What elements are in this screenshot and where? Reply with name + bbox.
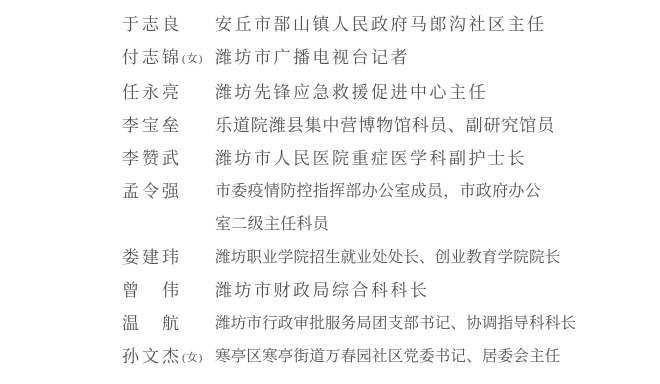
- roster-row: 娄建玮 潍坊职业学院招生就业处处长、创业教育学院院长: [122, 241, 660, 274]
- roster-row: 孟令强 市委疫情防控指挥部办公室成员，市政府办公室二级主任科员: [122, 175, 660, 241]
- person-name: 于志良: [122, 15, 182, 34]
- person-name: 孟令强: [122, 182, 182, 201]
- person-position: 乐道院潍县集中营博物馆科员、副研究馆员: [215, 109, 660, 142]
- person-position: 潍坊先锋应急救援促进中心主任: [215, 76, 660, 109]
- person-name: 温 航: [122, 314, 182, 333]
- person-position: 潍坊市行政审批服务局团支部书记、协调指导科科长: [215, 307, 660, 340]
- person-name: 李宝垒: [122, 116, 182, 135]
- roster-row: 李宝垒 乐道院潍县集中营博物馆科员、副研究馆员: [122, 109, 660, 142]
- person-name-cell: 李宝垒: [122, 109, 215, 142]
- roster-row: 于志良 安丘市郚山镇人民政府马郎沟社区主任: [122, 8, 660, 41]
- roster-list: 于志良 安丘市郚山镇人民政府马郎沟社区主任 付志锦(女) 潍坊市广播电视台记者 …: [122, 8, 660, 375]
- roster-row: 付志锦(女) 潍坊市广播电视台记者: [122, 41, 660, 76]
- person-position: 寒亭区寒亭街道万春园社区党委书记、居委会主任: [215, 340, 660, 373]
- person-position: 潍坊职业学院招生就业处处长、创业教育学院院长: [215, 241, 660, 274]
- person-name: 孙文杰: [122, 347, 182, 366]
- person-name-cell: 李赞武: [122, 142, 215, 175]
- person-name: 李赞武: [122, 149, 182, 168]
- gender-suffix: (女): [182, 352, 203, 364]
- person-name-cell: 孙文杰(女): [122, 340, 215, 375]
- gender-suffix: (女): [182, 53, 203, 65]
- person-position: 潍坊市人民医院重症医学科副护士长: [215, 142, 660, 175]
- roster-row: 李赞武 潍坊市人民医院重症医学科副护士长: [122, 142, 660, 175]
- person-name: 曾 伟: [122, 281, 182, 300]
- roster-row: 温 航 潍坊市行政审批服务局团支部书记、协调指导科科长: [122, 307, 660, 340]
- person-position: 潍坊市财政局综合科科长: [215, 274, 660, 307]
- document-page: 于志良 安丘市郚山镇人民政府马郎沟社区主任 付志锦(女) 潍坊市广播电视台记者 …: [0, 0, 660, 384]
- person-position: 安丘市郚山镇人民政府马郎沟社区主任: [215, 8, 660, 41]
- roster-row: 任永亮 潍坊先锋应急救援促进中心主任: [122, 76, 660, 109]
- person-name-cell: 孟令强: [122, 175, 215, 208]
- person-name-cell: 任永亮: [122, 76, 215, 109]
- person-name-cell: 温 航: [122, 307, 215, 340]
- person-name: 娄建玮: [122, 248, 182, 267]
- person-name-cell: 曾 伟: [122, 274, 215, 307]
- person-name-cell: 于志良: [122, 8, 215, 41]
- person-position: 市委疫情防控指挥部办公室成员，市政府办公室二级主任科员: [215, 175, 660, 241]
- person-name: 任永亮: [122, 83, 182, 102]
- roster-row: 曾 伟 潍坊市财政局综合科科长: [122, 274, 660, 307]
- person-position: 潍坊市广播电视台记者: [215, 41, 660, 74]
- person-name: 付志锦: [122, 48, 182, 67]
- person-name-cell: 付志锦(女): [122, 41, 215, 76]
- person-name-cell: 娄建玮: [122, 241, 215, 274]
- roster-row: 孙文杰(女) 寒亭区寒亭街道万春园社区党委书记、居委会主任: [122, 340, 660, 375]
